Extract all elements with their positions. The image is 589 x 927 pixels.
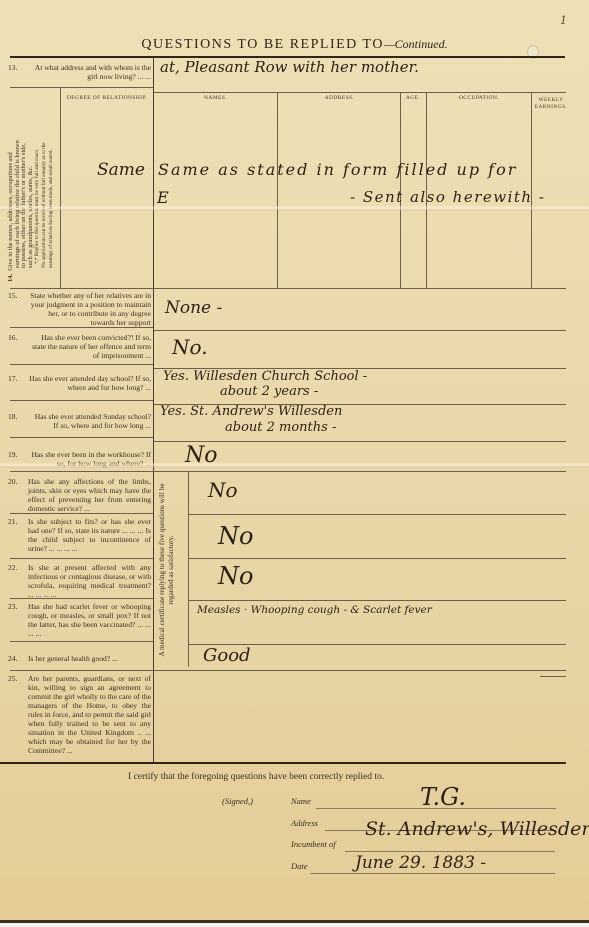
answer-14-line2b: - Sent also herewith - [350, 188, 545, 206]
q24-rule [10, 670, 566, 671]
question-18: 18. Has she ever attended Sunday school?… [8, 412, 151, 430]
question-22-text: Is she at present affected with any infe… [8, 563, 151, 599]
question-21-text: Is she subject to fits? or has she ever … [8, 517, 151, 553]
q21-rule [10, 558, 153, 559]
q20-answer-rule [189, 514, 566, 515]
question-column-divider [153, 57, 154, 763]
answer-17-line2: about 2 years - [220, 384, 318, 399]
paper-fold [0, 205, 589, 211]
question-20-text: Has she any affections of the limbs, joi… [8, 477, 151, 513]
answer-18-line1: Yes. St. Andrew's Willesden [160, 404, 342, 419]
q13-answer-rule [154, 92, 566, 93]
question-25-text: Are her parents, guardians, or next of k… [8, 674, 151, 755]
question-25: 25. Are her parents, guardians, or next … [8, 674, 151, 755]
q16-rule [10, 364, 153, 365]
question-23-text: Has she had scarlet fever or whooping co… [8, 602, 151, 638]
incumbent-label: Incumbent of [291, 839, 336, 849]
question-13-number: 13. [8, 63, 18, 72]
answer-14-line1: Same as stated in form filled up for [158, 160, 517, 179]
answer-14-degree: Same [97, 160, 145, 180]
name-label: Name [291, 796, 311, 806]
q21-answer-rule [189, 558, 566, 559]
q17-rule [10, 400, 153, 401]
column-degree-of-relationship: DEGREE OF RELATIONSHIP. [60, 95, 154, 101]
question-14-number: 14. [7, 274, 14, 282]
answer-24: Good [203, 645, 251, 666]
question-13: 13. At what address and with whom is the… [8, 63, 151, 81]
q24-end-mark [540, 676, 566, 677]
q23-rule [10, 641, 153, 642]
q15-answer-rule [154, 330, 566, 331]
q18-rule [10, 437, 153, 438]
column-address: ADDRESS. [278, 95, 401, 101]
date-label: Date [291, 861, 308, 871]
column-occupation: OCCUPATION. [426, 95, 532, 101]
certification-statement: I certify that the foregoing questions h… [128, 772, 384, 782]
page-title-text: QUESTIONS TO BE REPLIED TO [141, 37, 384, 52]
question-23: 23. Has she had scarlet fever or whoopin… [8, 602, 151, 638]
q14-bottom-rule [10, 288, 566, 289]
q22-rule [10, 598, 153, 599]
question-24: 24. Is her general health good? ... [8, 654, 151, 663]
page-title: QUESTIONS TO BE REPLIED TO—Continued. [0, 37, 589, 53]
answer-17-line1: Yes. Willesden Church School - [163, 369, 367, 384]
question-18-text: Has she ever attended Sunday school? If … [8, 412, 151, 430]
page-mark: 1 [560, 14, 567, 27]
q14-label-divider [60, 88, 61, 288]
medical-note-divider [188, 472, 189, 667]
signed-label: (Signed,) [222, 796, 253, 806]
bottom-rule [0, 762, 566, 764]
answer-15: None - [165, 298, 222, 318]
answer-20: No [208, 478, 238, 502]
incumbent-value: St. Andrew's, Willesden [365, 818, 589, 840]
q20-rule [10, 513, 153, 514]
answer-23: Measles · Whooping cough - & Scarlet fev… [197, 604, 432, 616]
q22-answer-rule [189, 600, 566, 601]
question-17: 17. Has she ever attended day school? If… [8, 374, 151, 392]
address-label: Address [291, 818, 318, 828]
question-14-text: 14. Give in the names, addresses, occupa… [8, 87, 54, 282]
q19-rule [10, 471, 566, 472]
question-20: 20. Has she any affections of the limbs,… [8, 477, 151, 513]
medical-certificate-note: A medical certificate replying to these … [158, 476, 176, 664]
q15-rule [10, 327, 153, 328]
answer-21: No [218, 522, 253, 550]
page-title-suffix: —Continued. [384, 37, 448, 51]
incumbent-line [345, 851, 555, 852]
column-weekly-earnings: WEEKLY EARNINGS. [532, 97, 570, 111]
q18-answer-rule [154, 441, 566, 442]
column-age: AGE. [400, 95, 426, 101]
question-17-text: Has she ever attended day school? If so,… [8, 374, 151, 392]
question-13-text: At what address and with whom is the gir… [8, 63, 151, 81]
question-16: 16. Has she ever been convicted?! If so,… [8, 333, 151, 360]
col-rule-names [277, 93, 278, 288]
answer-18-line2: about 2 months - [225, 420, 336, 435]
question-15: 15. State whether any of her relatives a… [8, 291, 151, 327]
signature-name: T.G. [420, 783, 466, 811]
answer-16: No. [172, 335, 208, 359]
column-names: NAMES. [154, 95, 277, 101]
question-24-text: Is her general health good? ... [8, 654, 151, 663]
question-16-text: Has she ever been convicted?! If so, sta… [8, 333, 151, 360]
form-page: 1 QUESTIONS TO BE REPLIED TO—Continued. … [0, 0, 589, 927]
question-21: 21. Is she subject to fits? or has she e… [8, 517, 151, 553]
date-line [310, 873, 555, 874]
date-value: June 29. 1883 - [355, 853, 486, 873]
answer-22: No [218, 562, 253, 590]
answer-13: at, Pleasant Row with her mother. [160, 58, 419, 76]
page-bottom-margin [0, 923, 589, 927]
question-22: 22. Is she at present affected with any … [8, 563, 151, 599]
paper-fold-2 [0, 462, 589, 468]
question-15-text: State whether any of her relatives are i… [8, 291, 151, 327]
